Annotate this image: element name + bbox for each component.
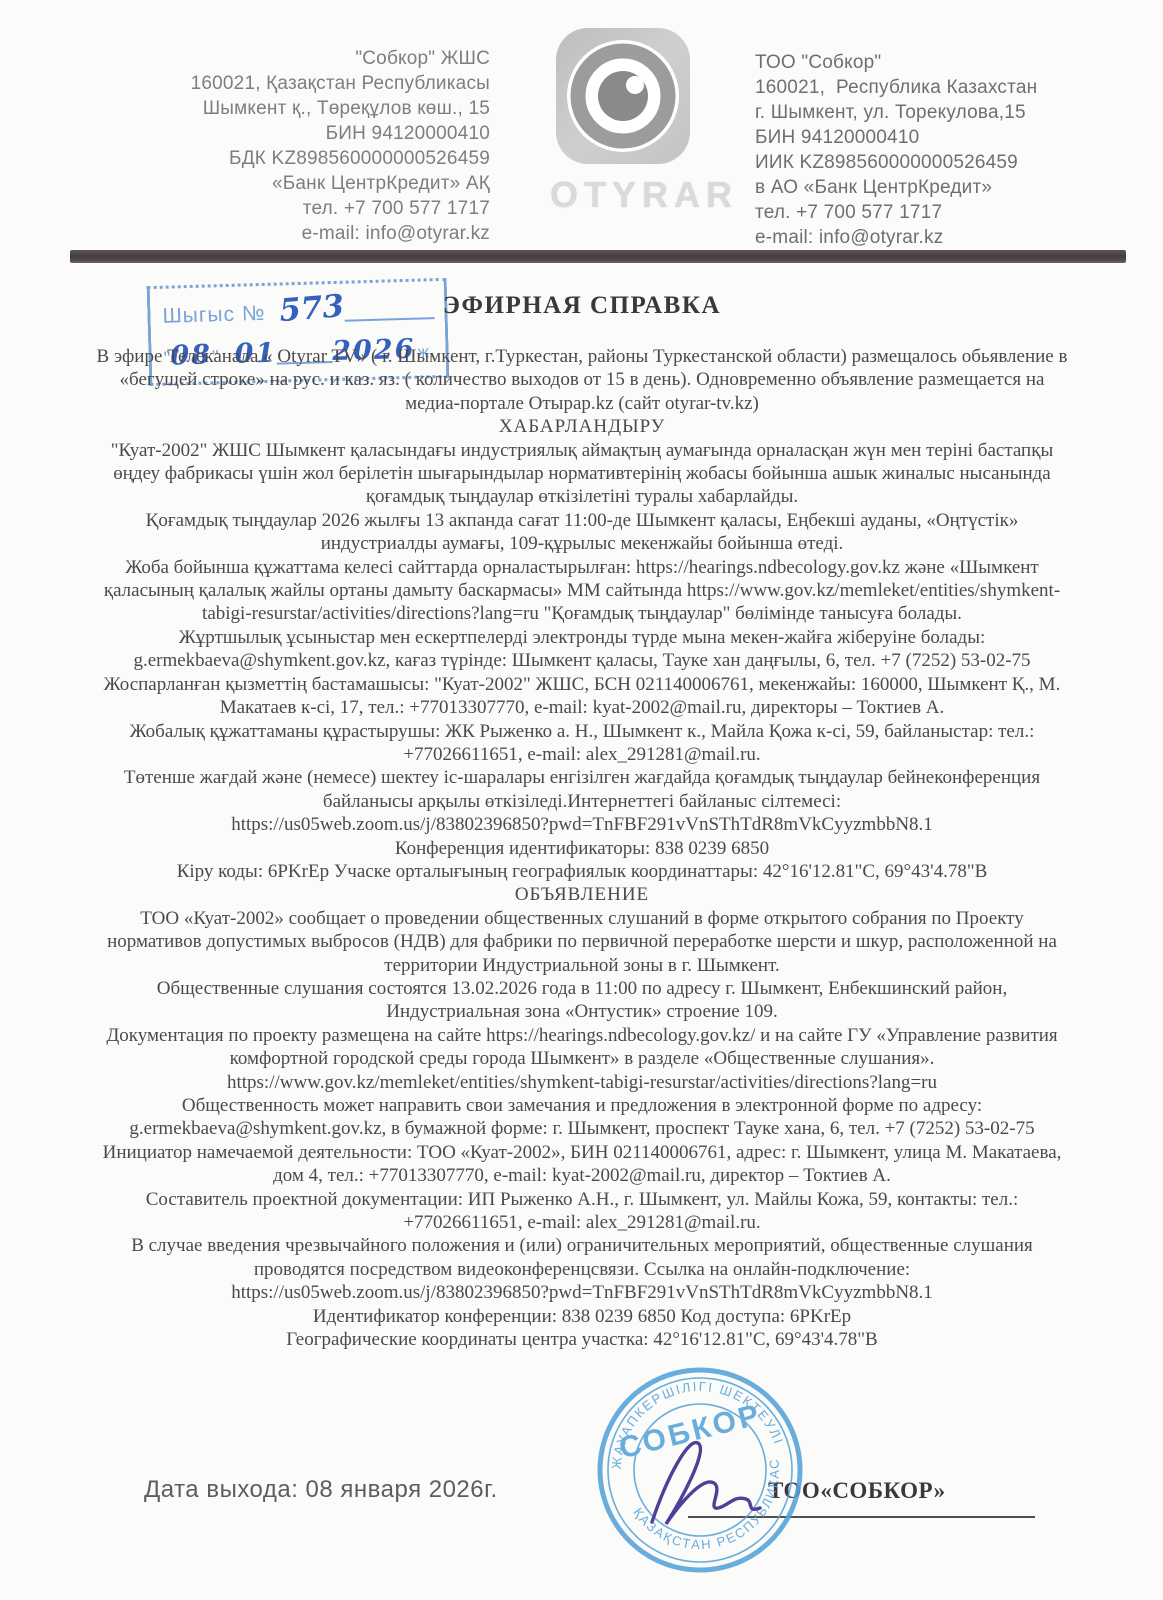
postal-country-kz: 160021, Қазақстан Республикасы	[90, 71, 490, 96]
section-heading-obyavlenie: ОБЪЯВЛЕНИЕ	[92, 883, 1072, 906]
bank-account-kz: БДК KZ898560000000526459	[90, 146, 490, 171]
header-divider-bar	[70, 250, 1126, 263]
postal-country-ru: 160021, Республика Казахстан	[755, 75, 1135, 100]
header-left-address-block: "Собкор" ЖШС 160021, Қазақстан Республик…	[90, 46, 490, 246]
bank-name-ru: в АО «Банк ЦентрКредит»	[755, 175, 1135, 200]
paragraph: "Куат-2002" ЖШС Шымкент қаласындағы инду…	[92, 439, 1072, 509]
paragraph: Жоспарланған қызметтің бастамашысы: "Куа…	[92, 673, 1072, 720]
bank-account-ru: ИИК KZ898560000000526459	[755, 150, 1135, 175]
paragraph: Жоба бойынша құжаттама келесі сайттарда …	[92, 556, 1072, 626]
paragraph: Жобалық құжаттаманы құрастырушы: ЖК Рыже…	[92, 720, 1072, 767]
paragraph: Инициатор намечаемой деятельности: ТОО «…	[92, 1141, 1072, 1188]
otyrar-logo: OTYRAR	[550, 26, 695, 216]
paragraph: Документация по проекту размещена на сай…	[92, 1024, 1072, 1094]
phone-kz: тел. +7 700 577 1717	[90, 196, 490, 221]
street-address-ru: г. Шымкент, ул. Торекулова,15	[755, 100, 1135, 125]
phone-ru: тел. +7 700 577 1717	[755, 200, 1135, 225]
bank-name-kz: «Банк ЦентрКредит» АҚ	[90, 171, 490, 196]
otyrar-wordmark: OTYRAR	[550, 174, 695, 216]
document-title: ЭФИРНАЯ СПРАВКА	[92, 292, 1072, 320]
company-name-kz: "Собкор" ЖШС	[90, 46, 490, 71]
zoom-link-ru: https://us05web.zoom.us/j/83802396850?pw…	[92, 1281, 1072, 1304]
paragraph: Составитель проектной документации: ИП Р…	[92, 1188, 1072, 1235]
paragraph: Қоғамдық тыңдаулар 2026 жылғы 13 акпанда…	[92, 509, 1072, 556]
coordinates-ru: Географические координаты центра участка…	[92, 1328, 1072, 1351]
round-seal-icon: ЖАУАПКЕРШІЛІГІ ШЕКТЕУЛІ СЕРІКТЕСТІГІ ҚАЗ…	[592, 1362, 808, 1578]
director-signature	[652, 1443, 760, 1524]
scanned-document-page: "Собкор" ЖШС 160021, Қазақстан Республик…	[0, 0, 1163, 1600]
paragraph: В случае введения чрезвычайного положени…	[92, 1234, 1072, 1281]
paragraph: Төтенше жағдай және (немесе) шектеу іс-ш…	[92, 766, 1072, 813]
header-right-address-block: ТОО "Собкор" 160021, Республика Казахста…	[755, 50, 1135, 250]
bin-number-ru: БИН 94120000410	[755, 125, 1135, 150]
street-address-kz: Шымкент қ., Төреқұлов көш., 15	[90, 96, 490, 121]
company-name-ru: ТОО "Собкор"	[755, 50, 1135, 75]
document-body: В эфире Телеканала « Otyrar TV» ( г. Шым…	[92, 345, 1072, 1351]
company-round-seal: ЖАУАПКЕРШІЛІГІ ШЕКТЕУЛІ СЕРІКТЕСТІГІ ҚАЗ…	[592, 1362, 808, 1578]
email-ru: e-mail: info@otyrar.kz	[755, 225, 1135, 250]
access-code-coordinates-kz: Кіру коды: 6PKrEp Учаске орталығының гео…	[92, 860, 1072, 883]
zoom-link-kz: https://us05web.zoom.us/j/83802396850?pw…	[92, 813, 1072, 836]
bin-number-kz: БИН 94120000410	[90, 121, 490, 146]
otyrar-eye-icon	[554, 26, 692, 166]
paragraph: ТОО «Куат-2002» сообщает о проведении об…	[92, 907, 1072, 977]
email-kz: e-mail: info@otyrar.kz	[90, 221, 490, 246]
conference-id-ru: Идентификатор конференции: 838 0239 6850…	[92, 1305, 1072, 1328]
paragraph-intro: В эфире Телеканала « Otyrar TV» ( г. Шым…	[92, 345, 1072, 415]
paragraph: Общественные слушания состоятся 13.02.20…	[92, 977, 1072, 1024]
paragraph: Общественность может направить свои заме…	[92, 1094, 1072, 1141]
section-heading-khabarlandyru: ХАБАРЛАНДЫРУ	[92, 415, 1072, 438]
conference-id-kz: Конференция идентификаторы: 838 0239 685…	[92, 837, 1072, 860]
release-date: Дата выхода: 08 января 2026г.	[144, 1476, 498, 1504]
paragraph: Жұртшылық ұсыныстар мен ескертпелерді эл…	[92, 626, 1072, 673]
